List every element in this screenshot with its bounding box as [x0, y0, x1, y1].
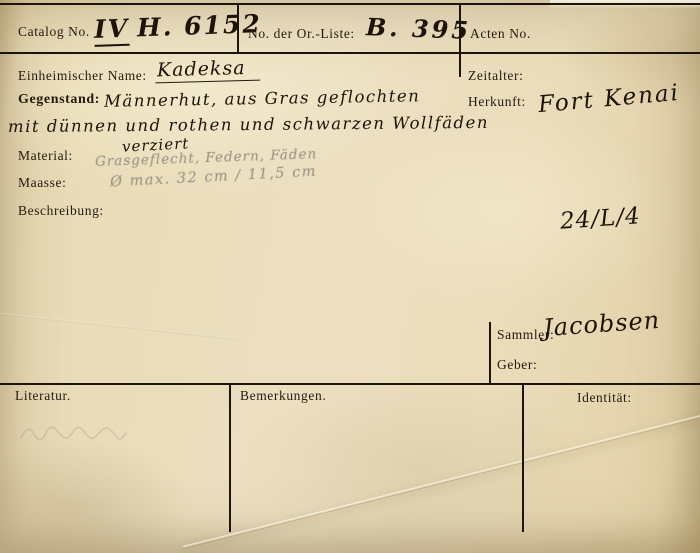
scan-edge-highlight	[550, 0, 700, 11]
orliste-label: No. der Or.-Liste:	[248, 26, 355, 42]
herkunft-value: Fort Kenai	[537, 80, 681, 118]
einheimischer-name-label: Einheimischer Name:	[18, 68, 147, 84]
identitaet-label: Identität:	[577, 390, 632, 406]
diagonal-crease	[183, 414, 700, 549]
rule-footer-divider-2	[522, 383, 524, 532]
rule-sammler-box	[489, 322, 491, 384]
maasse-label: Maasse:	[18, 175, 66, 191]
catalog-no-label: Catalog No.	[18, 24, 90, 40]
gegenstand-value-line2: mit dünnen und rothen und schwarzen Woll…	[8, 113, 489, 136]
einheimischer-name-value: Kadeksa	[155, 57, 260, 84]
left-crease	[0, 312, 239, 340]
sammler-value: Jacobsen	[542, 306, 661, 342]
gegenstand-value-line1: Männerhut, aus Gras geflochten	[104, 86, 421, 111]
catalog-card: Catalog No. IVH. 6152 No. der Or.-Liste:…	[0, 0, 700, 553]
acten-no-label: Acten No.	[470, 26, 531, 42]
catalog-no-roman: IV	[94, 14, 130, 47]
rule-under-header	[0, 52, 700, 54]
geber-label: Geber:	[497, 357, 537, 373]
inventory-mark: 24/L/4	[559, 203, 641, 235]
catalog-no-value: IVH. 6152	[94, 9, 263, 44]
orliste-value: B. 395	[366, 12, 472, 45]
zeitalter-label: Zeitalter:	[468, 68, 523, 84]
faint-pencil-scribble-icon	[18, 420, 128, 448]
rule-footer-divider-1	[229, 383, 231, 532]
rule-above-footer	[0, 383, 700, 385]
herkunft-label: Herkunft:	[468, 94, 526, 110]
material-label: Material:	[18, 148, 73, 164]
beschreibung-label: Beschreibung:	[18, 203, 104, 219]
catalog-no-number: H. 6152	[137, 9, 263, 42]
bemerkungen-label: Bemerkungen.	[240, 388, 326, 404]
rule-top	[0, 3, 700, 5]
literatur-label: Literatur.	[15, 388, 71, 404]
gegenstand-label: Gegenstand:	[18, 92, 100, 108]
